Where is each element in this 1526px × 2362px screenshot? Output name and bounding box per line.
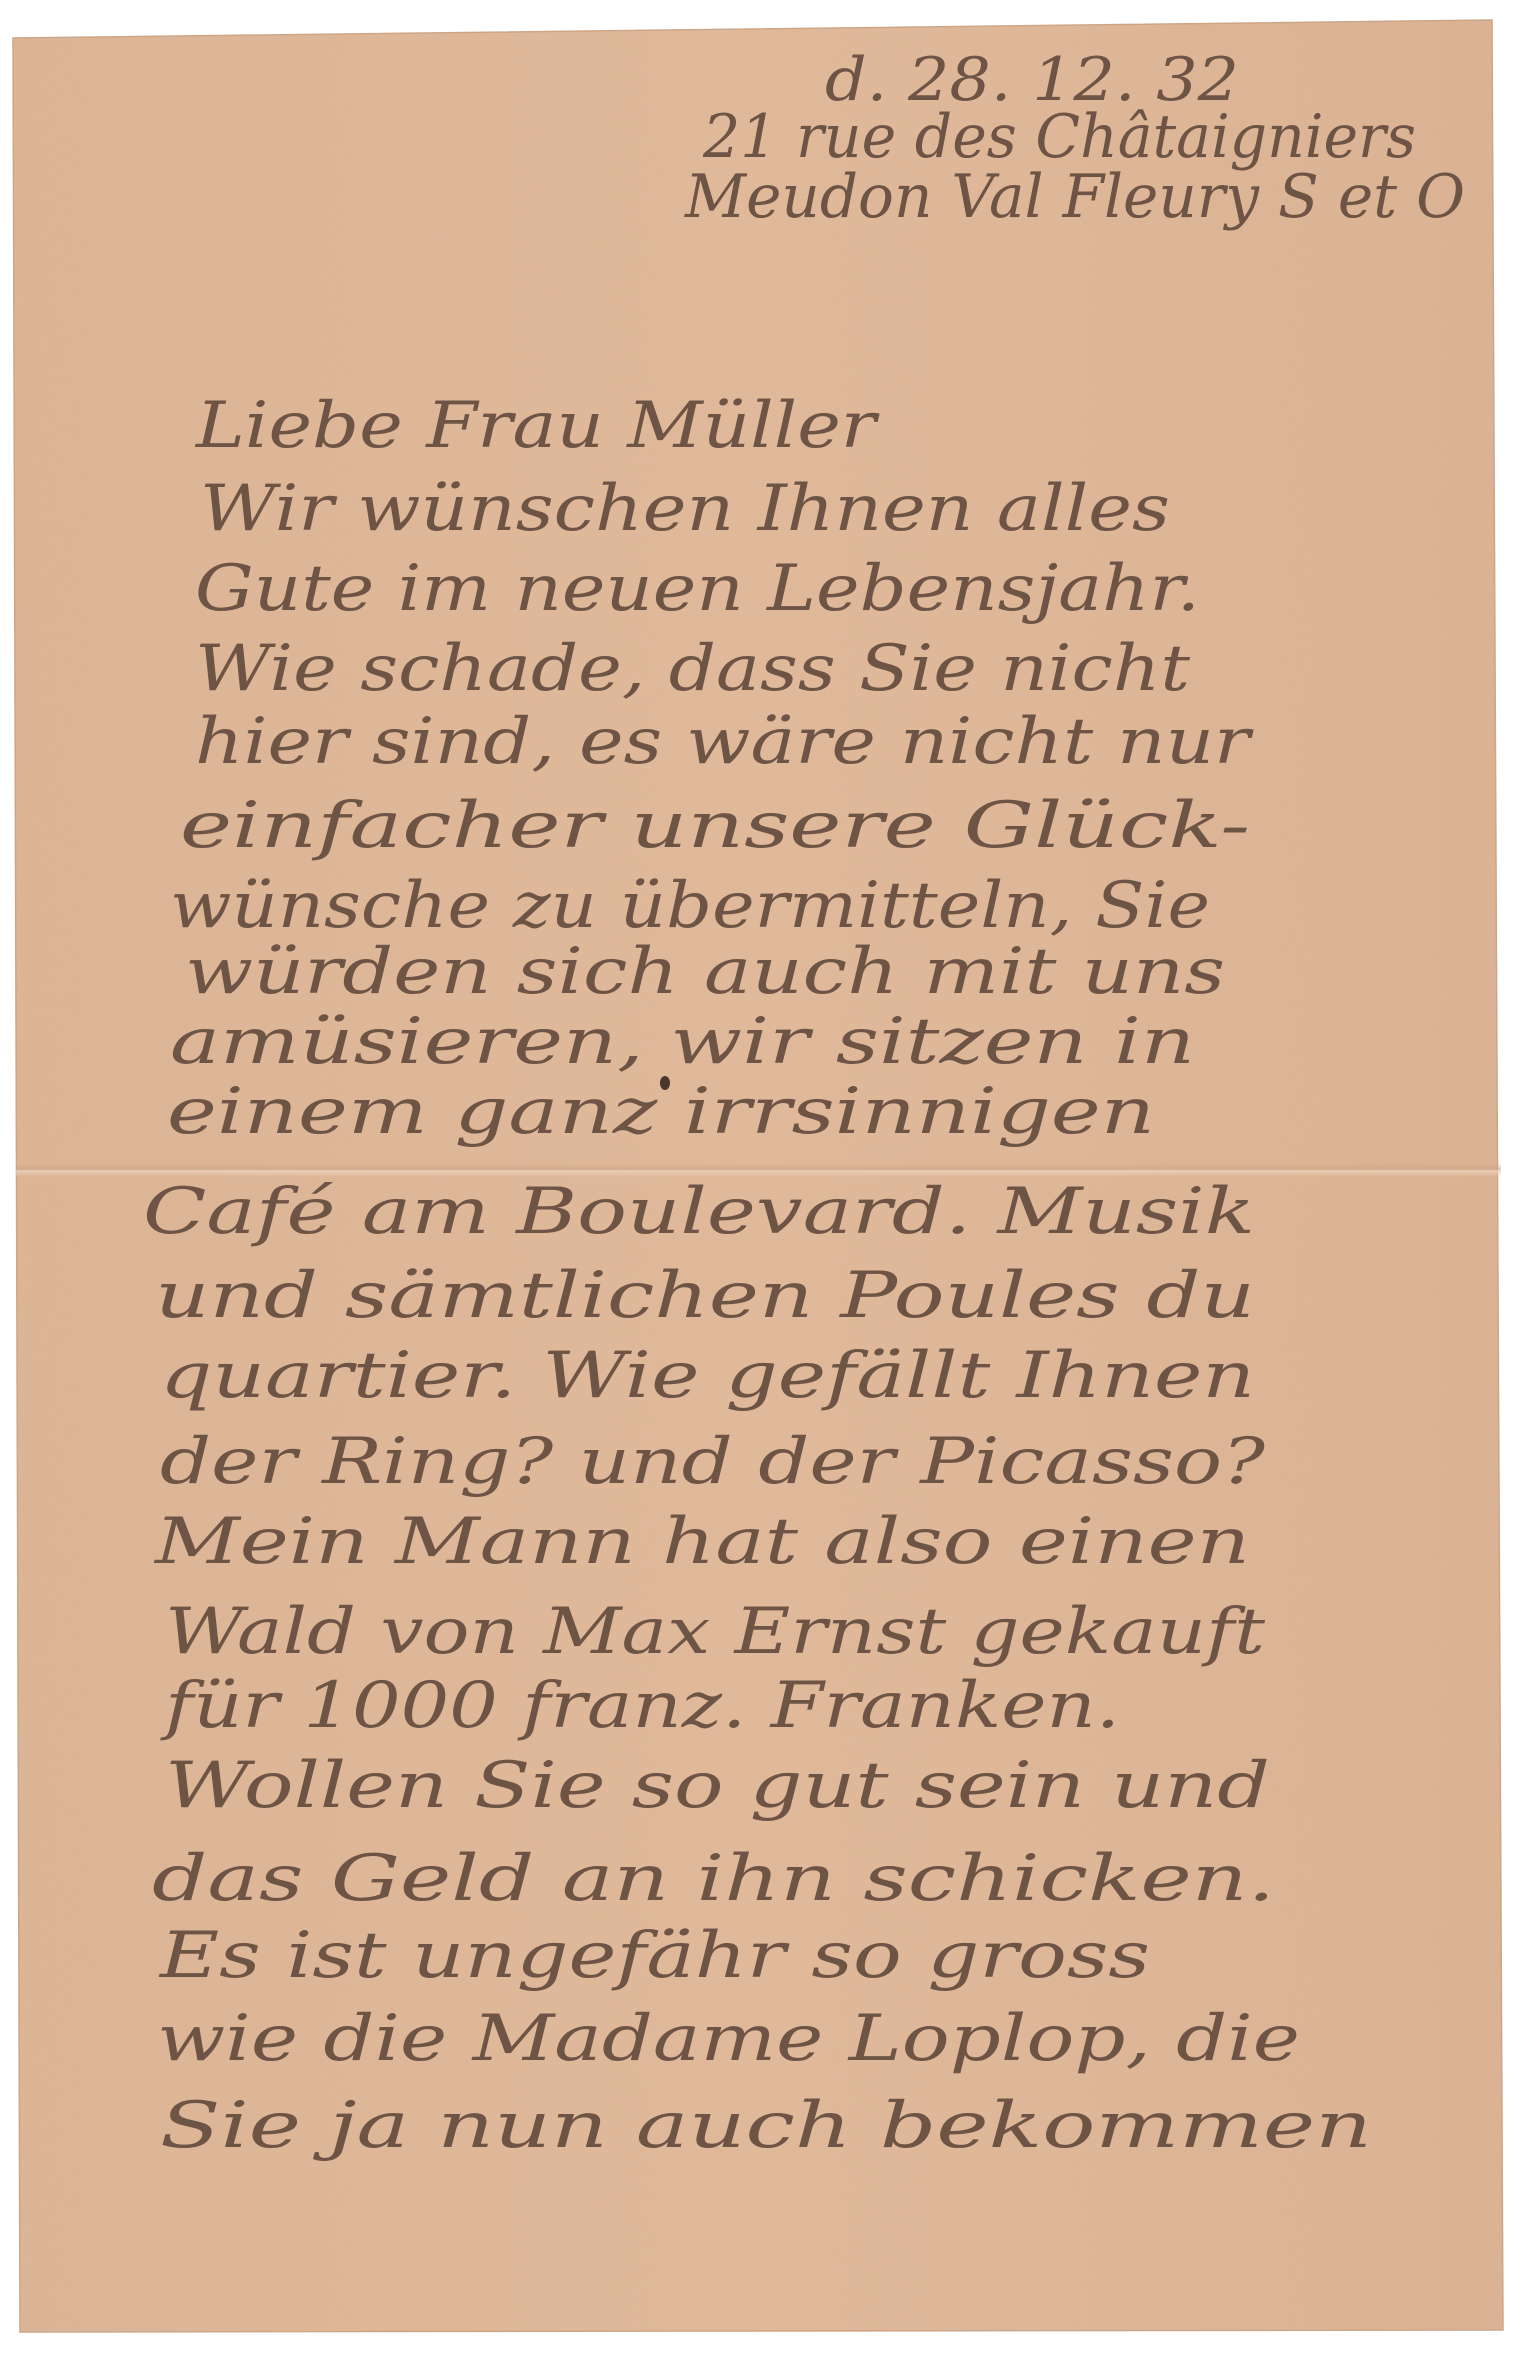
body-line: der Ring? und der Picasso?: [160, 1425, 1266, 1499]
body-line: wie die Madame Loplop, die: [157, 2002, 1300, 2076]
ink-blot: [660, 1076, 670, 1090]
body-line: quartier. Wie gefällt Ihnen: [160, 1339, 1255, 1413]
body-line: Wie schade, dass Sie nicht: [195, 632, 1190, 706]
body-line: das Geld an ihn schicken.: [152, 1842, 1275, 1916]
body-line: für 1000 franz. Franken.: [160, 1669, 1120, 1743]
body-line: würden sich auch mit uns: [185, 935, 1225, 1009]
letter-body: Liebe Frau Müller Wir wünschen Ihnen all…: [143, 389, 1372, 2163]
body-line: Wir wünschen Ihnen alles: [200, 472, 1170, 546]
body-line: Gute im neuen Lebensjahr.: [195, 552, 1200, 626]
body-line: hier sind, es wäre nicht nur: [195, 705, 1254, 779]
body-line: und sämtlichen Poules du: [155, 1259, 1255, 1333]
body-line: wünsche zu übermitteln, Sie: [170, 869, 1210, 943]
body-line: Mein Mann hat also einen: [154, 1505, 1250, 1579]
body-line: Es ist ungefähr so gross: [159, 1919, 1150, 1993]
body-line: Wald von Max Ernst gekauft: [165, 1595, 1265, 1669]
body-line: Café am Boulevard. Musik: [143, 1175, 1255, 1249]
sender-address-city: Meudon Val Fleury S et O: [684, 162, 1465, 232]
letter-scan: d. 28. 12. 32 21 rue des Châtaigniers Me…: [0, 0, 1526, 2362]
body-line: amüsieren, wir sitzen in: [170, 1005, 1195, 1079]
body-line: einfacher unsere Glück-: [180, 789, 1250, 863]
body-line: Sie ja nun auch bekommen: [160, 2089, 1372, 2163]
body-line: Wollen Sie so gut sein und: [165, 1749, 1270, 1823]
salutation: Liebe Frau Müller: [195, 389, 880, 463]
